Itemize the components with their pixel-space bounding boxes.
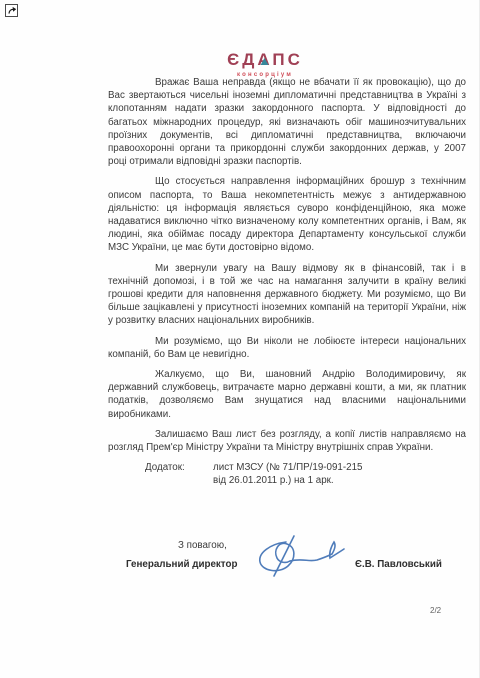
paragraph-2: Що стосується направлення інформаційних … [108, 175, 466, 254]
closing-salutation: З повагою, [178, 540, 227, 551]
edaps-logo-wordmark: ЄДАПС [227, 51, 303, 68]
paragraph-5: Жалкуємо, що Ви, шановний Андрію Володим… [108, 368, 466, 421]
attachment-value: лист МЗСУ (№ 71/ПР/19-091-215 від 26.01.… [213, 461, 362, 487]
paragraph-6: Залишаємо Ваш лист без розгляду, а копії… [108, 428, 466, 454]
signature-scribble [252, 532, 352, 580]
signer-name: Є.В. Павловський [355, 559, 442, 570]
shortcut-arrow-glyph [7, 6, 16, 15]
paragraph-3: Ми звернули увагу на Вашу відмову як в ф… [108, 262, 466, 328]
edaps-logo: ЄДАПС консорціум [165, 51, 365, 78]
attachment-label: Додаток: [145, 461, 213, 487]
letter-page: ЄДАПС консорціум Вражає Ваша неправда (я… [0, 0, 480, 678]
attachment-line-1: лист МЗСУ (№ 71/ПР/19-091-215 [213, 461, 362, 474]
attachment-line-2: від 26.01.2011 р.) на 1 арк. [213, 474, 362, 487]
edaps-logo-triangle-icon [261, 58, 269, 65]
signer-title: Генеральний директор [126, 559, 237, 570]
paragraph-4: Ми розуміємо, що Ви ніколи не лобіюєте і… [108, 335, 466, 361]
shortcut-arrow-icon[interactable] [5, 4, 18, 17]
page-number: 2/2 [430, 606, 441, 615]
paragraph-1: Вражає Ваша неправда (якщо не вбачати її… [108, 76, 466, 168]
letter-body: Вражає Ваша неправда (якщо не вбачати її… [108, 76, 466, 488]
attachment-block: Додаток: лист МЗСУ (№ 71/ПР/19-091-215 в… [108, 461, 466, 487]
